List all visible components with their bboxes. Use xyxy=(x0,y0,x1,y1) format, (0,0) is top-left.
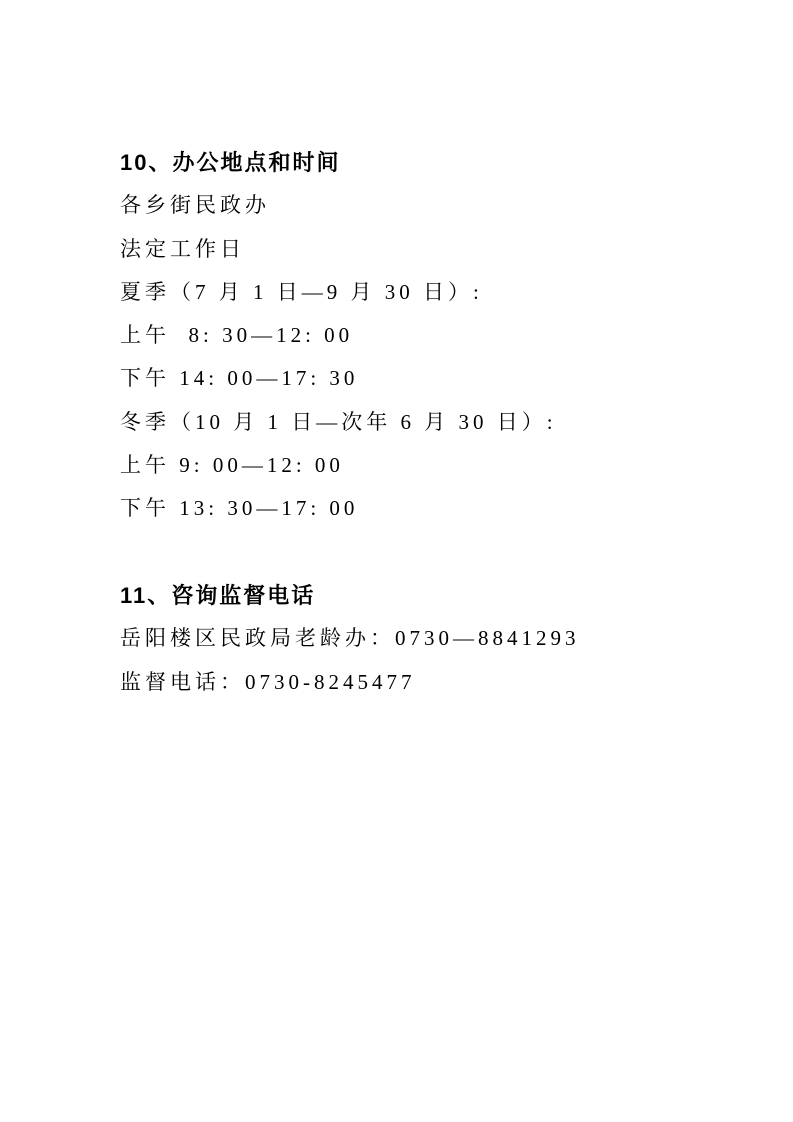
office-location-line: 各乡街民政办 xyxy=(120,184,733,227)
section-11-heading: 11、咨询监督电话 xyxy=(120,574,733,617)
winter-afternoon-hours-line: 下午 13: 30—17: 00 xyxy=(120,487,733,530)
winter-morning-hours-line: 上午 9: 00—12: 00 xyxy=(120,444,733,487)
paragraph-spacer xyxy=(120,531,733,574)
summer-morning-hours-line: 上午 8: 30—12: 00 xyxy=(120,314,733,357)
aging-office-phone-line: 岳阳楼区民政局老龄办：0730—8841293 xyxy=(120,617,733,660)
working-days-line: 法定工作日 xyxy=(120,228,733,271)
summer-schedule-line: 夏季（7 月 1 日—9 月 30 日）: xyxy=(120,271,733,314)
document-content: 10、办公地点和时间 各乡街民政办 法定工作日 夏季（7 月 1 日—9 月 3… xyxy=(120,141,733,704)
winter-schedule-line: 冬季（10 月 1 日—次年 6 月 30 日）: xyxy=(120,401,733,444)
supervision-phone-line: 监督电话：0730-8245477 xyxy=(120,661,733,704)
section-10-heading: 10、办公地点和时间 xyxy=(120,141,733,184)
summer-afternoon-hours-line: 下午 14: 00—17: 30 xyxy=(120,357,733,400)
document-page: 10、办公地点和时间 各乡街民政办 法定工作日 夏季（7 月 1 日—9 月 3… xyxy=(0,0,793,1122)
